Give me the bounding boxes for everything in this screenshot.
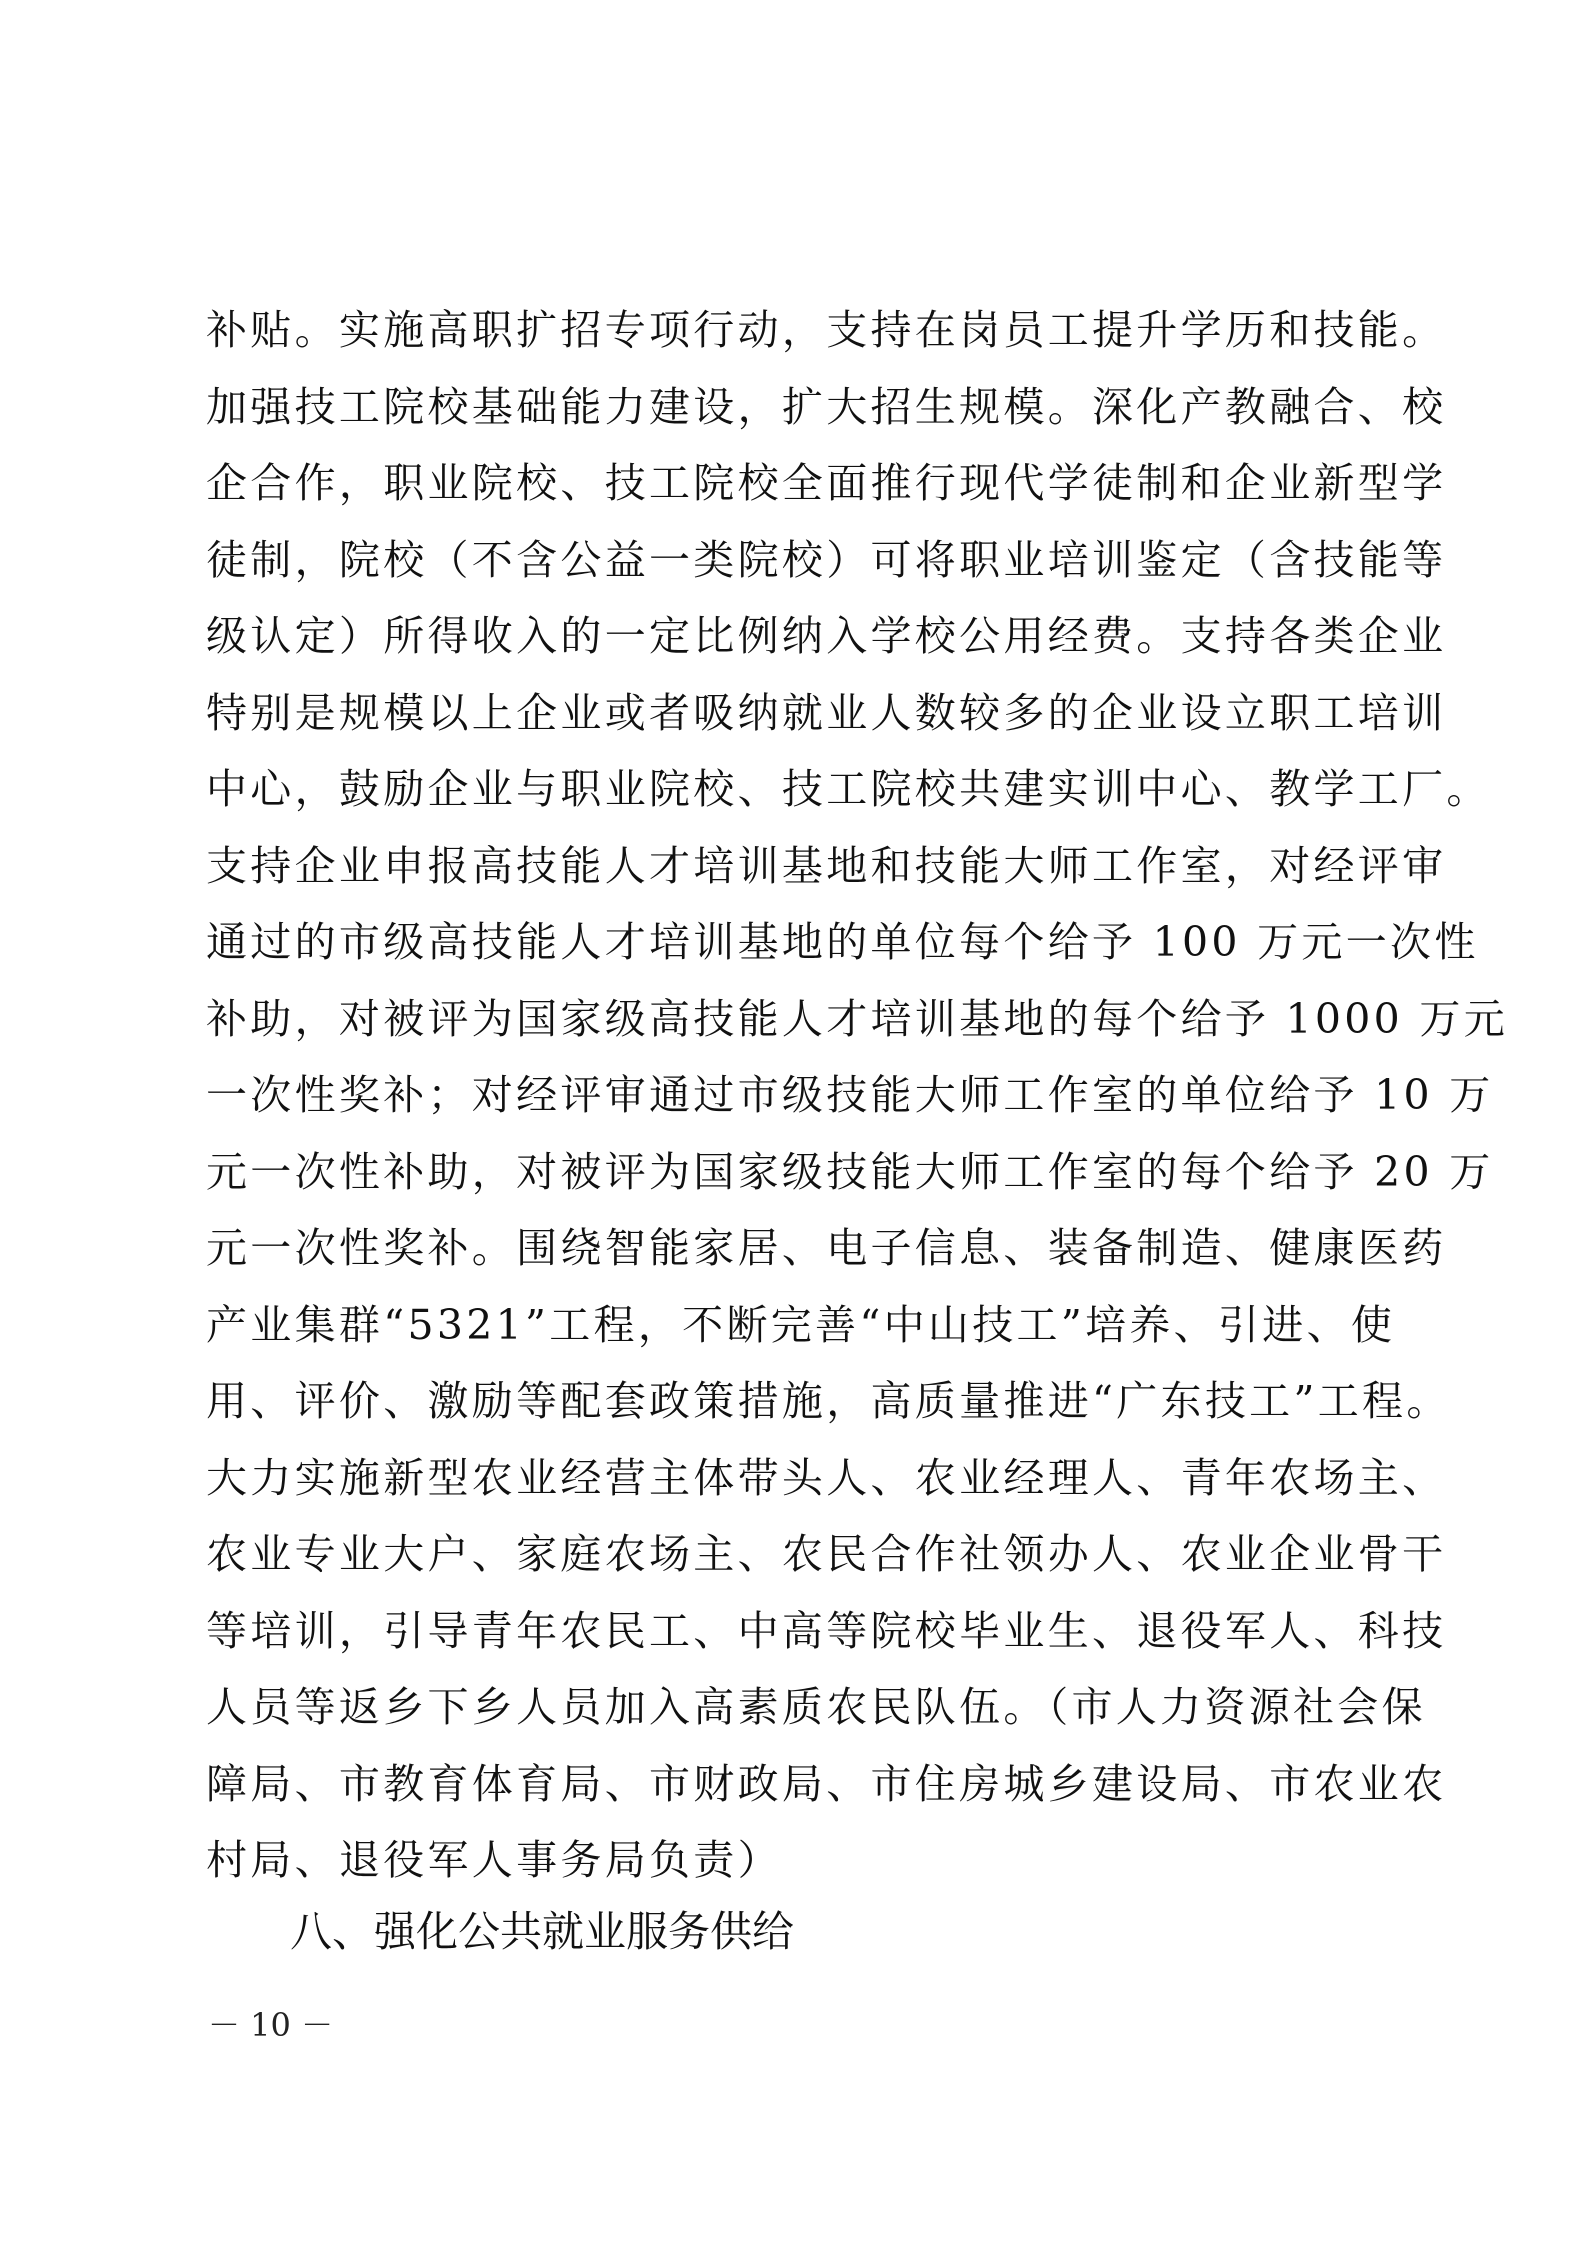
text-line: 中心，鼓励企业与职业院校、技工院校共建实训中心、教学工厂。: [206, 751, 1386, 828]
text-line: 特别是规模以上企业或者吸纳就业人数较多的企业设立职工培训: [206, 675, 1386, 752]
text-line: 补助，对被评为国家级高技能人才培训基地的每个给予 1000 万元: [206, 981, 1386, 1058]
text-line: 加强技工院校基础能力建设，扩大招生规模。深化产教融合、校: [206, 369, 1386, 446]
text-line: 村局、退役军人事务局负责）: [206, 1822, 1386, 1899]
text-line: 等培训，引导青年农民工、中高等院校毕业生、退役军人、科技: [206, 1593, 1386, 1670]
text-line: 元一次性奖补。围绕智能家居、电子信息、装备制造、健康医药: [206, 1210, 1386, 1287]
text-line: 大力实施新型农业经营主体带头人、农业经理人、青年农场主、: [206, 1440, 1386, 1517]
text-line: 徒制，院校（不含公益一类院校）可将职业培训鉴定（含技能等: [206, 522, 1386, 599]
text-line: 产业集群“5321”工程，不断完善“中山技工”培养、引进、使: [206, 1287, 1386, 1364]
text-line: 补贴。实施高职扩招专项行动，支持在岗员工提升学历和技能。: [206, 292, 1386, 369]
text-line: 一次性奖补；对经评审通过市级技能大师工作室的单位给予 10 万: [206, 1057, 1386, 1134]
text-line: 人员等返乡下乡人员加入高素质农民队伍。（市人力资源社会保: [206, 1669, 1386, 1746]
text-line: 支持企业申报高技能人才培训基地和技能大师工作室，对经评审: [206, 828, 1386, 905]
text-line: 农业专业大户、家庭农场主、农民合作社领办人、农业企业骨干: [206, 1516, 1386, 1593]
page-number: － 10 －: [208, 2005, 333, 2045]
text-line: 级认定）所得收入的一定比例纳入学校公用经费。支持各类企业: [206, 598, 1386, 675]
text-line: 企合作，职业院校、技工院校全面推行现代学徒制和企业新型学: [206, 445, 1386, 522]
text-line: 用、评价、激励等配套政策措施，高质量推进“广东技工”工程。: [206, 1363, 1386, 1440]
text-line: 通过的市级高技能人才培训基地的单位每个给予 100 万元一次性: [206, 904, 1386, 981]
body-paragraph: 补贴。实施高职扩招专项行动，支持在岗员工提升学历和技能。 加强技工院校基础能力建…: [206, 292, 1386, 1899]
text-line: 元一次性补助，对被评为国家级技能大师工作室的每个给予 20 万: [206, 1134, 1386, 1211]
document-page: 补贴。实施高职扩招专项行动，支持在岗员工提升学历和技能。 加强技工院校基础能力建…: [0, 0, 1587, 2245]
text-line: 障局、市教育体育局、市财政局、市住房城乡建设局、市农业农: [206, 1746, 1386, 1823]
section-heading: 八、强化公共就业服务供给: [290, 1902, 794, 1962]
